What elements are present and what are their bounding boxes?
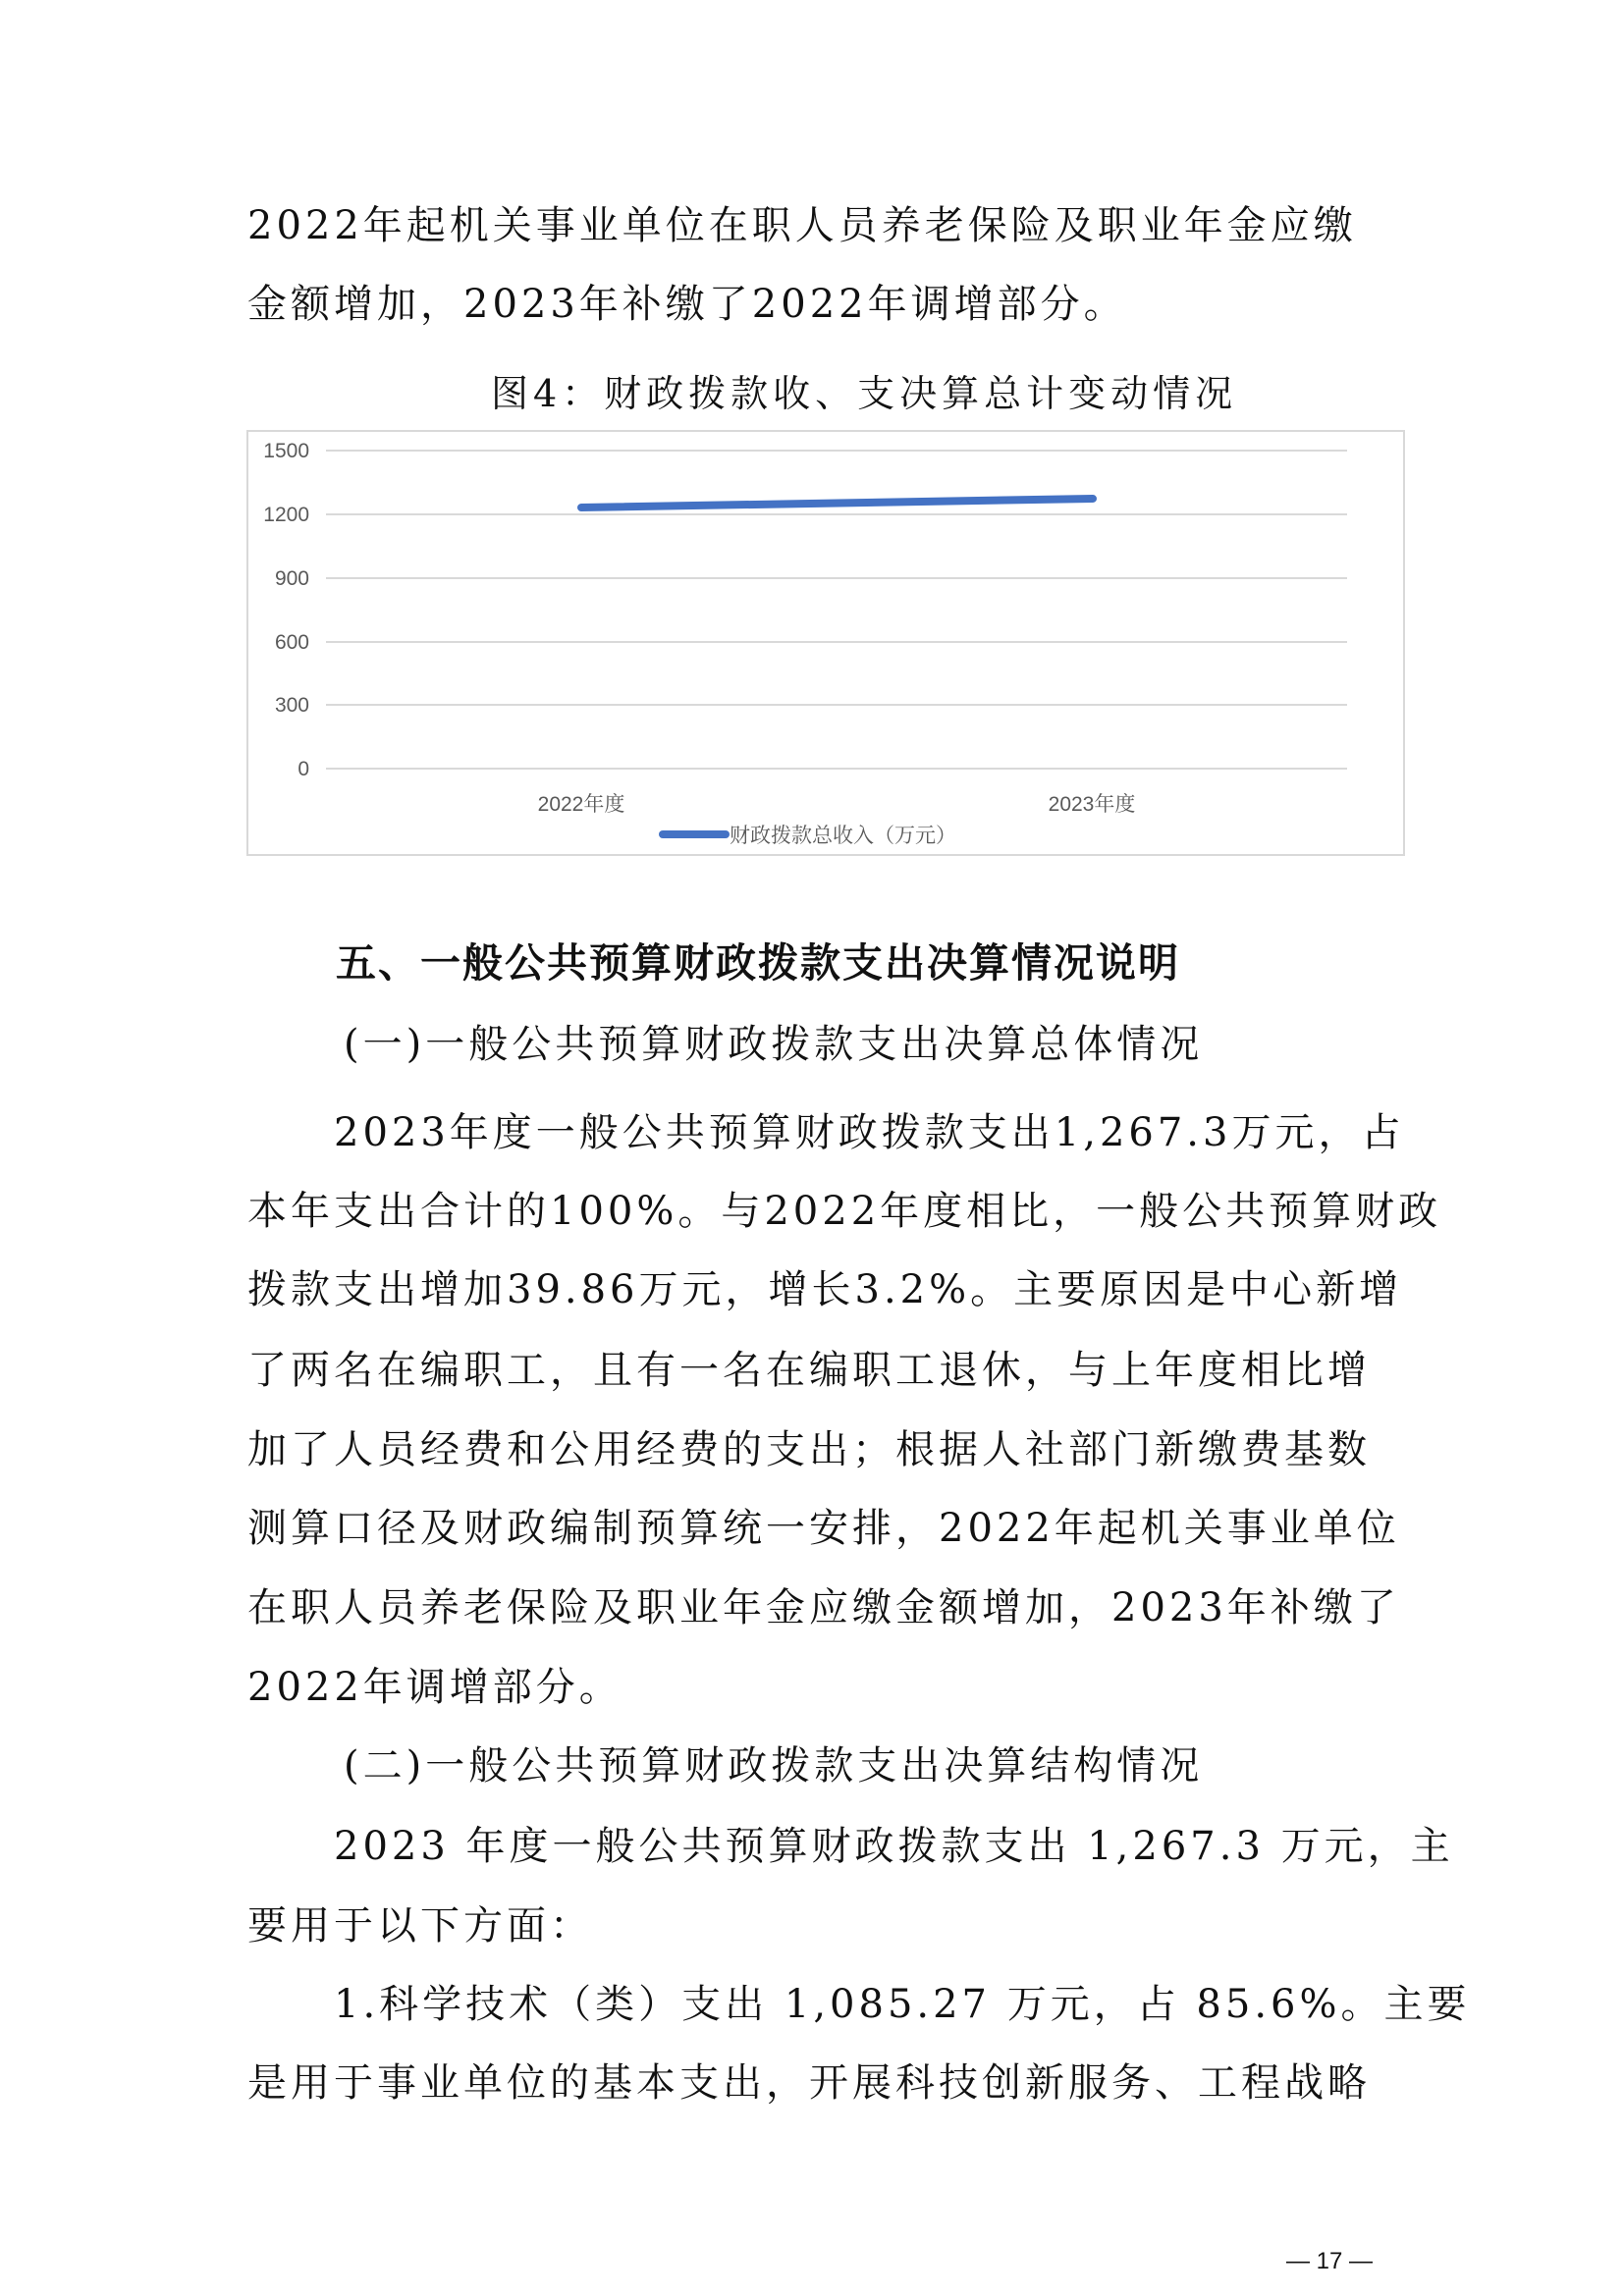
chart-canvas: 1500 1200 900 600 300 0 2022年度 2023年度 财政…	[248, 432, 1403, 854]
page-number: — 17 —	[1286, 2247, 1373, 2276]
chart-legend: 财政拨款总收入（万元）	[663, 825, 956, 847]
figure-caption: 图4：财政拨款收、支决算总计变动情况	[491, 371, 1237, 416]
paragraph-line: 本年支出合计的100%。与2022年度相比，一般公共预算财政	[247, 1188, 1386, 1235]
legend-label: 财政拨款总收入（万元）	[730, 825, 956, 847]
line-chart: 1500 1200 900 600 300 0 2022年度 2023年度 财政…	[246, 430, 1405, 856]
y-tick-1500: 1500	[263, 440, 309, 462]
paragraph-line: 在职人员养老保险及职业年金应缴金额增加，2023年补缴了	[247, 1584, 1386, 1631]
y-tick-0: 0	[298, 758, 309, 780]
list-item: 1.科学技术（类）支出 1,085.27 万元，占 85.6%。主要	[334, 1981, 1473, 2028]
paragraph-line: 金额增加，2023年补缴了2022年调增部分。	[247, 281, 1386, 328]
paragraph-line: 2023年度一般公共预算财政拨款支出1,267.3万元，占	[334, 1109, 1473, 1156]
x-tick-2023: 2023年度	[1049, 793, 1136, 816]
series-line-fiscal-revenue	[581, 499, 1093, 507]
x-axis-labels: 2022年度 2023年度	[538, 793, 1136, 816]
y-tick-900: 900	[275, 567, 309, 590]
x-tick-2022: 2022年度	[538, 793, 625, 816]
y-tick-600: 600	[275, 631, 309, 654]
subsection-heading: (二)一般公共预算财政拨款支出决算结构情况	[344, 1742, 1203, 1789]
paragraph-line: 是用于事业单位的基本支出，开展科技创新服务、工程战略	[247, 2059, 1386, 2107]
paragraph-line: 了两名在编职工，且有一名在编职工退休，与上年度相比增	[247, 1347, 1386, 1394]
paragraph-line: 要用于以下方面：	[247, 1902, 1386, 1949]
paragraph-line: 2022年调增部分。	[247, 1664, 1386, 1711]
paragraph-line: 加了人员经费和公用经费的支出；根据人社部门新缴费基数	[247, 1426, 1386, 1473]
subsection-heading: (一)一般公共预算财政拨款支出决算总体情况	[344, 1021, 1203, 1068]
y-axis-labels: 1500 1200 900 600 300 0	[263, 440, 309, 780]
paragraph-line: 2022年起机关事业单位在职人员养老保险及职业年金应缴	[247, 202, 1386, 249]
paragraph-line: 拨款支出增加39.86万元，增长3.2%。主要原因是中心新增	[247, 1266, 1386, 1313]
y-tick-300: 300	[275, 694, 309, 717]
section-heading: 五、一般公共预算财政拨款支出决算情况说明	[336, 938, 1180, 988]
y-tick-1200: 1200	[263, 504, 309, 526]
paragraph-line: 测算口径及财政编制预算统一安排，2022年起机关事业单位	[247, 1505, 1386, 1552]
paragraph-line: 2023 年度一般公共预算财政拨款支出 1,267.3 万元，主	[334, 1823, 1473, 1870]
gridlines	[326, 451, 1347, 769]
